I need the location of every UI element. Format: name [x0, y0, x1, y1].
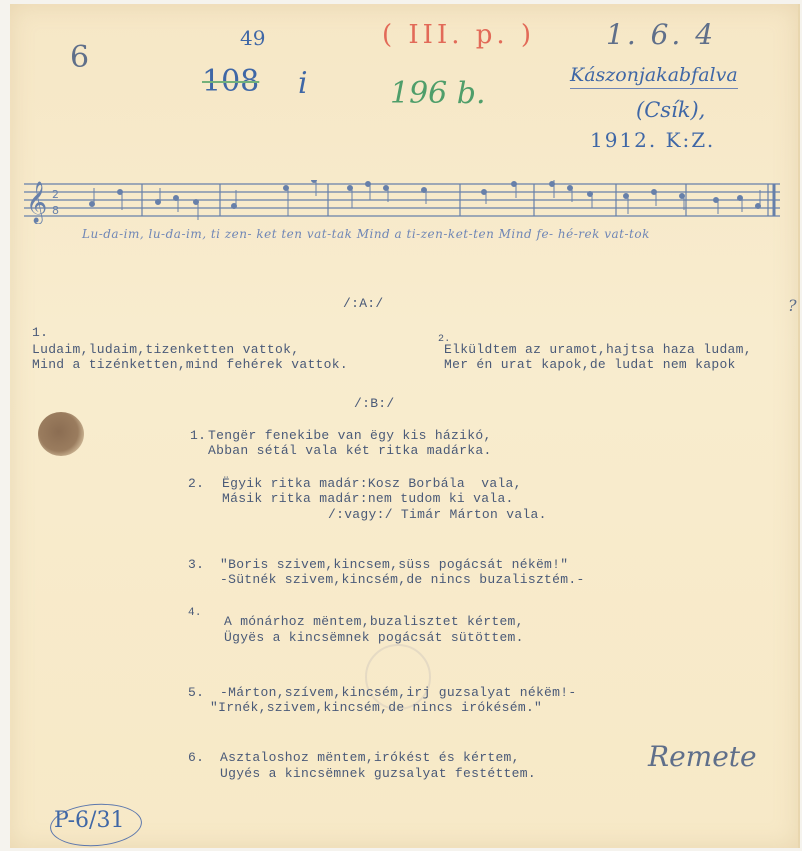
verse-a2-line1: Elküldtem az uramot,hajtsa haza ludam,: [444, 342, 752, 357]
lyrics-underlay: Lu-da-im, lu-da-im, ti zen- ket ten vat-…: [82, 227, 650, 241]
svg-text:𝄞: 𝄞: [26, 181, 47, 224]
verse-a1-line2: Mind a tizénketten,mind fehérek vattok.: [32, 357, 348, 372]
red-classification-mark: ( III. p. ): [382, 20, 535, 50]
verse-b5-number: 5.: [188, 685, 204, 700]
verse-b2-line1: Ëgyik ritka madár:Kosz Borbála vala,: [222, 476, 522, 491]
svg-text:2: 2: [52, 188, 59, 201]
catalog-superscript: 49: [240, 26, 265, 50]
verse-b2-number: 2.: [188, 476, 204, 491]
margin-question-mark: ?: [788, 296, 797, 315]
catalog-suffix: i: [298, 66, 308, 101]
verse-b5-line1: -Márton,szívem,kincsém,irj guzsalyat nék…: [220, 685, 576, 700]
verse-b3-line1: "Boris szivem,kincsem,süss pogácsát nékë…: [220, 557, 568, 572]
performer-name: Remete: [648, 740, 757, 773]
manuscript-page: 6 49 108 i ( III. p. ) 196 b. 1. 6. 4 Ká…: [10, 4, 800, 848]
verse-b1-line1: Tengër fenekibe van ëgy kis házikó,: [208, 428, 492, 443]
verse-b4-line2: Ügyës a kincsëmnek pogácsát sütöttem.: [224, 630, 524, 645]
location-name: Kászonjakabfalva: [570, 64, 738, 89]
page-number: 6: [70, 40, 89, 75]
verse-a1-number: 1.: [32, 325, 48, 340]
music-staff: 𝄞 2 8: [24, 180, 784, 224]
svg-text:8: 8: [52, 204, 59, 217]
verse-a2-line2: Mer én urat kapok,de ludat nem kapok: [444, 357, 736, 372]
verse-b6-line1: Asztaloshoz mëntem,irókést és kértem,: [220, 750, 520, 765]
verse-b1-number: 1.: [190, 428, 206, 443]
region-name: (Csík),: [636, 98, 705, 122]
ink-stain: [38, 412, 84, 456]
green-catalog-number: 196 b.: [390, 76, 486, 111]
section-a-marker: /:A:/: [343, 296, 384, 311]
verse-b6-line2: Ugyés a kincsëmnek guzsalyat festéttem.: [220, 766, 536, 781]
collector-year: 1912. K:Z.: [590, 128, 715, 152]
verse-b4-number: 4.: [188, 606, 202, 621]
catalog-old-number: 108: [202, 64, 259, 99]
section-b-marker: /:B:/: [354, 396, 395, 411]
verse-b2-line2: Másik ritka madár:nem tudom ki vala.: [222, 491, 514, 506]
verse-b4-line1: A mónárhoz mëntem,buzalisztet kértem,: [224, 614, 524, 629]
verse-b3-line2: -Sütnék szivem,kincsém,de nincs buzalisz…: [220, 572, 585, 587]
archive-reference: P-6/31: [54, 808, 124, 833]
classification-number: 1. 6. 4: [606, 18, 716, 51]
verse-b3-number: 3.: [188, 557, 204, 572]
verse-b6-number: 6.: [188, 750, 204, 765]
verse-b1-line2: Abban sétál vala két ritka madárka.: [208, 443, 492, 458]
verse-b2-line3: /:vagy:/ Timár Márton vala.: [328, 507, 547, 522]
verse-a1-line1: Ludaim,ludaim,tizenketten vattok,: [32, 342, 299, 357]
verse-b5-line2: "Irnék,szivem,kincsém,de nincs irókésém.…: [210, 700, 542, 715]
